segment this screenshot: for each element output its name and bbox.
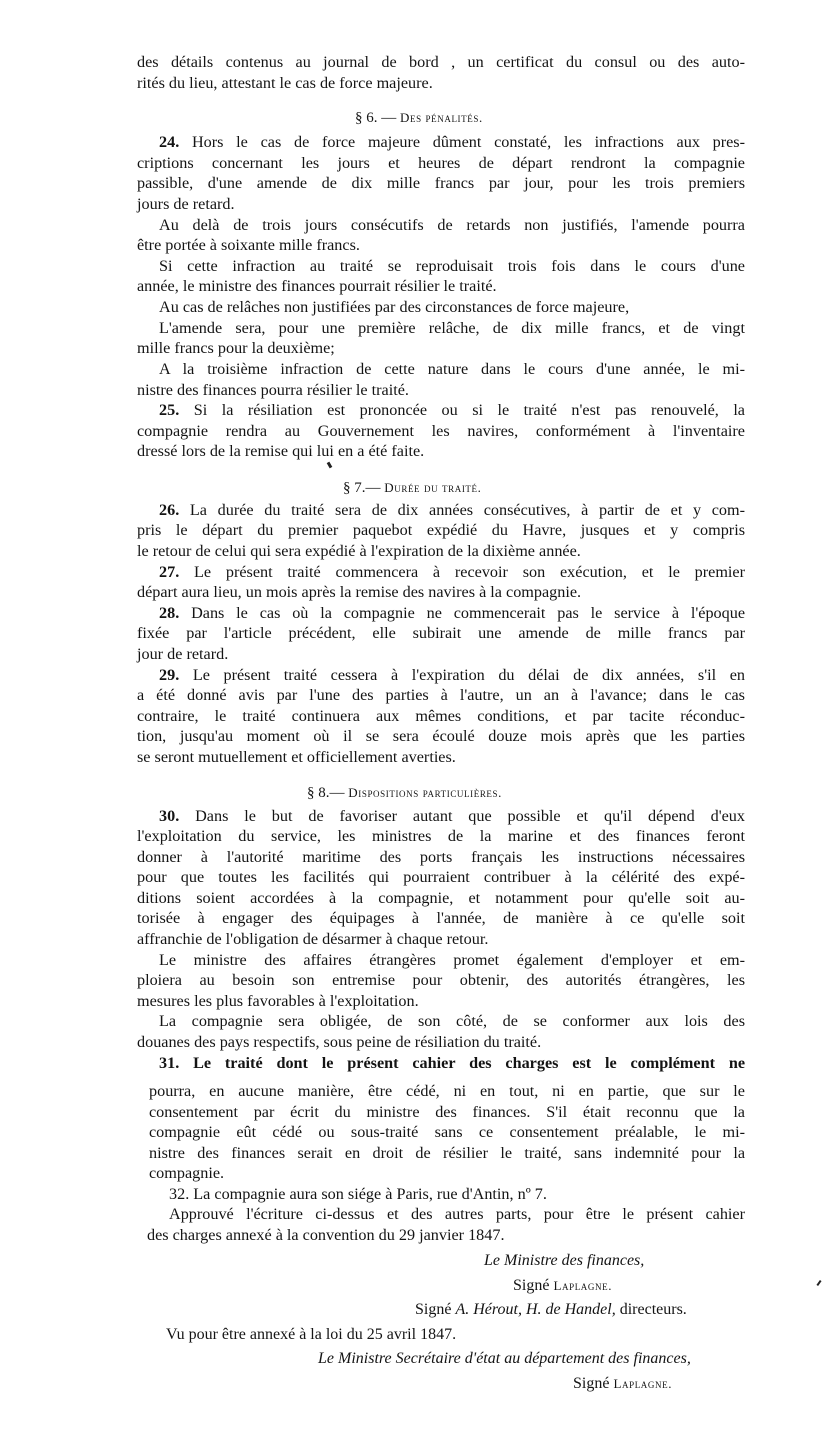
paragraph-line: a été donné avis par l'une des parties à…: [137, 685, 745, 705]
annex-note: Vu pour être annexé à la loi du 25 avril…: [166, 1325, 456, 1345]
document-page: des détails contenus au journal de bord …: [0, 0, 840, 1452]
paragraph-line: affranchie de l'obligation de désarmer à…: [137, 929, 745, 949]
intro-line: des détails contenus au journal de bord …: [137, 52, 745, 72]
article-number: 25.: [159, 401, 179, 419]
section-title: Des pénalités.: [400, 110, 483, 125]
paragraph-line: l'exploitation du service, les ministres…: [137, 826, 745, 846]
article-number: 26.: [159, 501, 179, 519]
section-title: Durée du traité.: [384, 480, 481, 495]
section-heading-7: § 7.— Durée du traité.: [343, 478, 481, 498]
paragraph-line: être portée à soixante mille francs.: [137, 235, 745, 255]
paragraph-line: pris le départ du premier paquebot expéd…: [137, 520, 745, 540]
paragraph-line: 28. Dans le cas où la compagnie ne comme…: [159, 603, 745, 623]
paragraph-line: ploiera au besoin son entremise pour obt…: [137, 970, 745, 990]
paragraph-line: compagnie eût cédé ou sous-traité sans c…: [149, 1122, 745, 1142]
paragraph-line: contraire, le traité continuera aux même…: [137, 706, 745, 726]
paragraph-line: La compagnie sera obligée, de son côté, …: [159, 1011, 745, 1031]
paragraph-line: Approuvé l'écriture ci-dessus et des aut…: [169, 1204, 745, 1224]
paragraph-line: torisée à engager des équipages à l'anné…: [137, 908, 745, 928]
paragraph-line: 29. Le présent traité cessera à l'expira…: [159, 665, 745, 685]
section-number: § 7.—: [343, 480, 381, 496]
paragraph-line: 27. Le présent traité commencera à recev…: [159, 562, 745, 582]
section-number: § 6. —: [355, 110, 396, 126]
paragraph-line: année, le ministre des finances pourrait…: [137, 276, 745, 296]
paragraph-line: mille francs pour la deuxième;: [137, 338, 745, 358]
paragraph-line: criptions concernant les jours et heures…: [137, 153, 745, 173]
article-number: 27.: [159, 563, 179, 581]
paragraph-line: L'amende sera, pour une première relâche…: [159, 318, 745, 338]
section-heading-8: § 8.— Dispositions particulières.: [307, 783, 502, 803]
paragraph-line: jours de retard.: [137, 194, 745, 214]
paragraph-line: Au cas de relâches non justifiées par de…: [159, 297, 745, 317]
paragraph-line: ditions soient accordées à la compagnie,…: [137, 888, 745, 908]
paragraph-line: nistre des finances serait en droit de r…: [149, 1143, 745, 1163]
minister-name: Laplagne.: [553, 1278, 612, 1293]
secretary-signature: Signé Laplagne.: [573, 1374, 672, 1394]
paragraph-line: Au delà de trois jours consécutifs de re…: [159, 215, 745, 235]
minister-title: Le Ministre des finances,: [484, 1251, 644, 1271]
paragraph-line: A la troisième infraction de cette natur…: [159, 359, 745, 379]
paragraph-line: le retour de celui qui sera expédié à l'…: [137, 541, 745, 561]
paragraph-line: 31. Le traité dont le présent cahier des…: [159, 1053, 745, 1073]
scan-artifact: [327, 462, 333, 469]
paragraph-line: fixée par l'article précédent, elle subi…: [137, 623, 745, 643]
paragraph-line: des charges annexé à la convention du 29…: [147, 1225, 745, 1245]
paragraph-line: 26. La durée du traité sera de dix année…: [159, 500, 745, 520]
paragraph-line: jour de retard.: [137, 644, 745, 664]
paragraph-line: dressé lors de la remise qui lui en a ét…: [137, 441, 745, 461]
section-heading-6: § 6. — Des pénalités.: [355, 108, 483, 128]
secretary-name: Laplagne.: [613, 1376, 672, 1391]
paragraph-line: nistre des finances pourra résilier le t…: [137, 380, 745, 400]
intro-line: rités du lieu, attestant le cas de force…: [137, 73, 745, 93]
directors-signature: Signé A. Hérout, H. de Handel, directeur…: [415, 1300, 687, 1320]
article-number: 24.: [159, 133, 179, 151]
scan-artifact: [816, 1280, 821, 1286]
paragraph-line: passible, d'une amende de dix mille fran…: [137, 173, 745, 193]
minister-signature: Signé Laplagne.: [513, 1276, 612, 1296]
directors-names: A. Hérout, H. de Handel,: [455, 1301, 615, 1318]
paragraph-line: donner à l'autorité maritime des ports f…: [137, 847, 745, 867]
paragraph-line: consentement par écrit du ministre des f…: [149, 1102, 745, 1122]
paragraph-line: 25. Si la résiliation est prononcée ou s…: [159, 400, 745, 420]
article-number: 31.: [159, 1054, 179, 1072]
paragraph-line: mesures les plus favorables à l'exploita…: [137, 991, 745, 1011]
paragraph-line: Si cette infraction au traité se reprodu…: [159, 256, 745, 276]
section-number: § 8.—: [307, 785, 345, 801]
paragraph-line: 24. Hors le cas de force majeure dûment …: [159, 132, 745, 152]
paragraph-line: tion, jusqu'au moment où il se sera écou…: [137, 726, 745, 746]
paragraph-line: se seront mutuellement et officiellement…: [137, 747, 745, 767]
article-number: 29.: [159, 666, 179, 684]
paragraph-line: Le ministre des affaires étrangères prom…: [159, 950, 745, 970]
section-title: Dispositions particulières.: [348, 785, 502, 800]
paragraph-line: compagnie.: [149, 1163, 745, 1183]
secretary-title: Le Ministre Secrétaire d'état au départe…: [318, 1349, 691, 1369]
paragraph-line: pourra, en aucune manière, être cédé, ni…: [149, 1081, 745, 1101]
paragraph-line: 32. La compagnie aura son siége à Paris,…: [169, 1184, 729, 1204]
article-number: 28.: [159, 604, 179, 622]
paragraph-line: compagnie rendra au Gouvernement les nav…: [137, 421, 745, 441]
article-number: 32.: [169, 1185, 189, 1203]
paragraph-line: pour que toutes les facilités qui pourra…: [137, 867, 745, 887]
paragraph-line: départ aura lieu, un mois après la remis…: [137, 582, 745, 602]
paragraph-line: 30. Dans le but de favoriser autant que …: [159, 806, 745, 826]
article-number: 30.: [159, 807, 179, 825]
paragraph-line: douanes des pays respectifs, sous peine …: [137, 1032, 745, 1052]
